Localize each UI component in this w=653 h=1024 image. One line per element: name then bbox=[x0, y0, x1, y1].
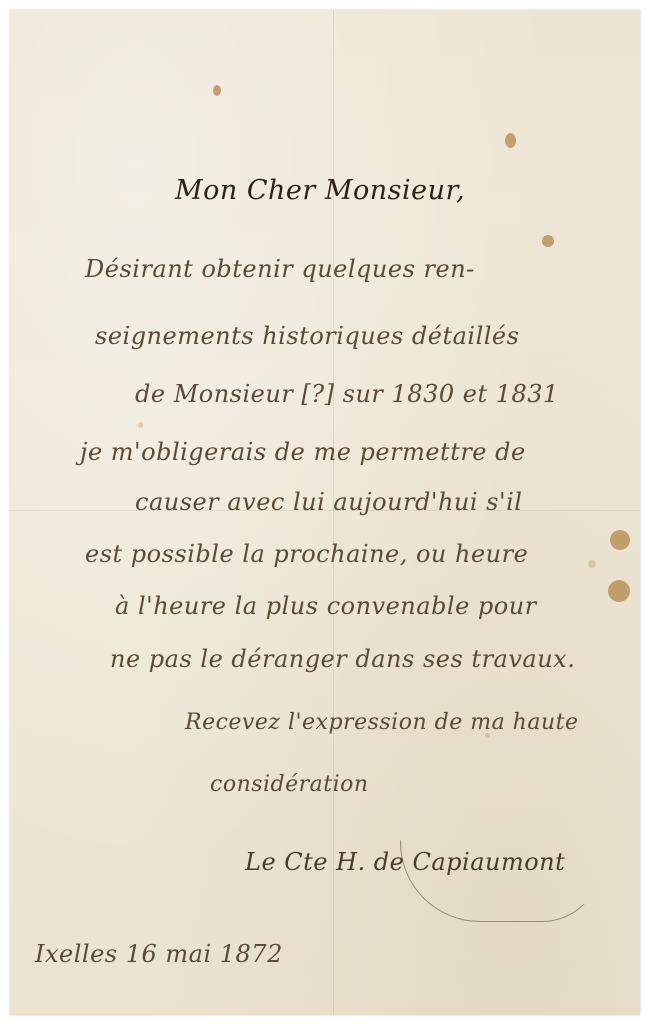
ink-stain bbox=[505, 133, 516, 148]
letter-greeting: Mon Cher Monsieur, bbox=[175, 175, 465, 206]
letter-body-line: de Monsieur [?] sur 1830 et 1831 bbox=[135, 380, 559, 408]
ink-stain bbox=[608, 580, 630, 602]
letter-closing-line: Recevez l'expression de ma haute bbox=[185, 710, 579, 735]
ink-stain bbox=[588, 560, 596, 568]
ink-stain bbox=[610, 530, 630, 550]
letter-body-line: je m'obligerais de me permettre de bbox=[80, 438, 526, 466]
letter-body-line: ne pas le déranger dans ses travaux. bbox=[110, 645, 575, 673]
letter-body-line: causer avec lui aujourd'hui s'il bbox=[135, 488, 522, 516]
letter-body-line: seignements historiques détaillés bbox=[95, 322, 519, 350]
letter-closing-line: considération bbox=[210, 772, 369, 797]
signature-flourish bbox=[400, 840, 602, 922]
ink-stain bbox=[542, 235, 554, 247]
ink-stain bbox=[213, 85, 221, 96]
letter-body-line: Désirant obtenir quelques ren- bbox=[85, 255, 475, 283]
letter-body-line: à l'heure la plus convenable pour bbox=[115, 592, 537, 620]
letter-dateline: Ixelles 16 mai 1872 bbox=[35, 940, 283, 968]
ink-stain bbox=[138, 422, 143, 428]
letter-paper: Mon Cher Monsieur, Désirant obtenir quel… bbox=[10, 10, 640, 1015]
letter-body-line: est possible la prochaine, ou heure bbox=[85, 540, 528, 568]
